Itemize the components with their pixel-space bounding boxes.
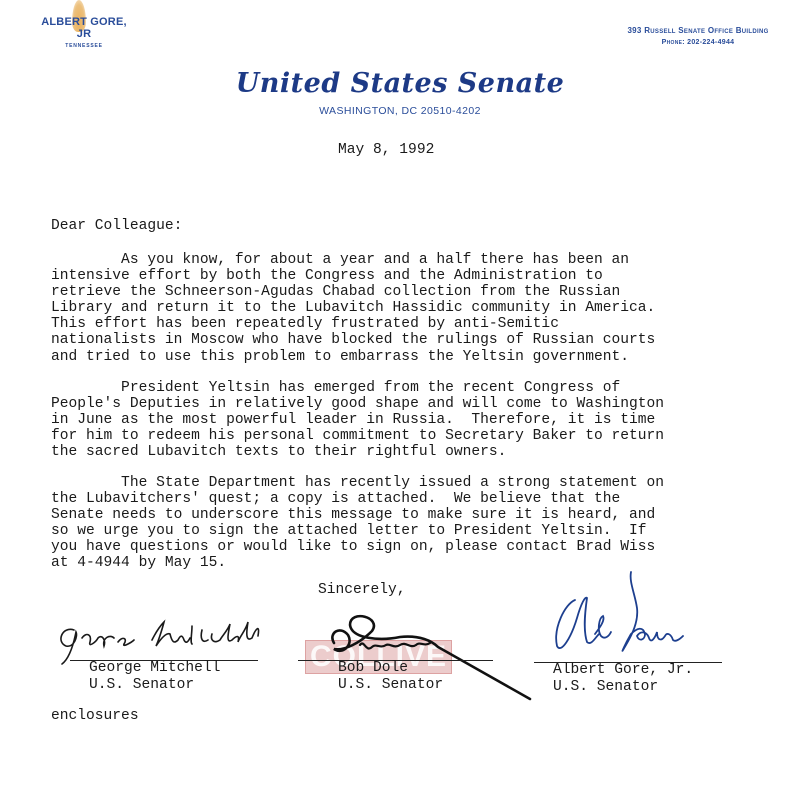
letterhead-office: 393 Russell Senate Office Building Phone…	[612, 26, 784, 46]
closing: Sincerely,	[318, 582, 406, 598]
paragraph-3: The State Department has recently issued…	[51, 475, 791, 572]
signatory-title: U.S. Senator	[338, 677, 443, 693]
letter-date: May 8, 1992	[338, 142, 434, 158]
paragraph-1: As you know, for about a year and a half…	[51, 252, 791, 365]
paragraph-2: President Yeltsin has emerged from the r…	[51, 380, 791, 460]
signatory-title: U.S. Senator	[553, 679, 658, 695]
sender-state: TENNESSEE	[34, 43, 134, 49]
sender-name: ALBERT GORE, JR	[34, 16, 134, 40]
institution-title: United States Senate	[0, 68, 800, 99]
signatory-title: U.S. Senator	[89, 677, 194, 693]
letter-page: ALBERT GORE, JR TENNESSEE 393 Russell Se…	[0, 0, 800, 796]
signatory-name: Albert Gore, Jr.	[553, 662, 693, 678]
signature-gore-icon	[545, 568, 715, 658]
signatory-name: Bob Dole	[338, 660, 408, 676]
letterhead-sender: ALBERT GORE, JR TENNESSEE	[34, 16, 134, 49]
office-address: 393 Russell Senate Office Building	[612, 26, 784, 35]
salutation: Dear Colleague:	[51, 218, 182, 234]
office-phone: Phone: 202-224-4944	[612, 39, 784, 46]
city-line: WASHINGTON, DC 20510-4202	[0, 105, 800, 117]
signatory-name: George Mitchell	[89, 660, 220, 676]
enclosures-note: enclosures	[51, 708, 139, 724]
